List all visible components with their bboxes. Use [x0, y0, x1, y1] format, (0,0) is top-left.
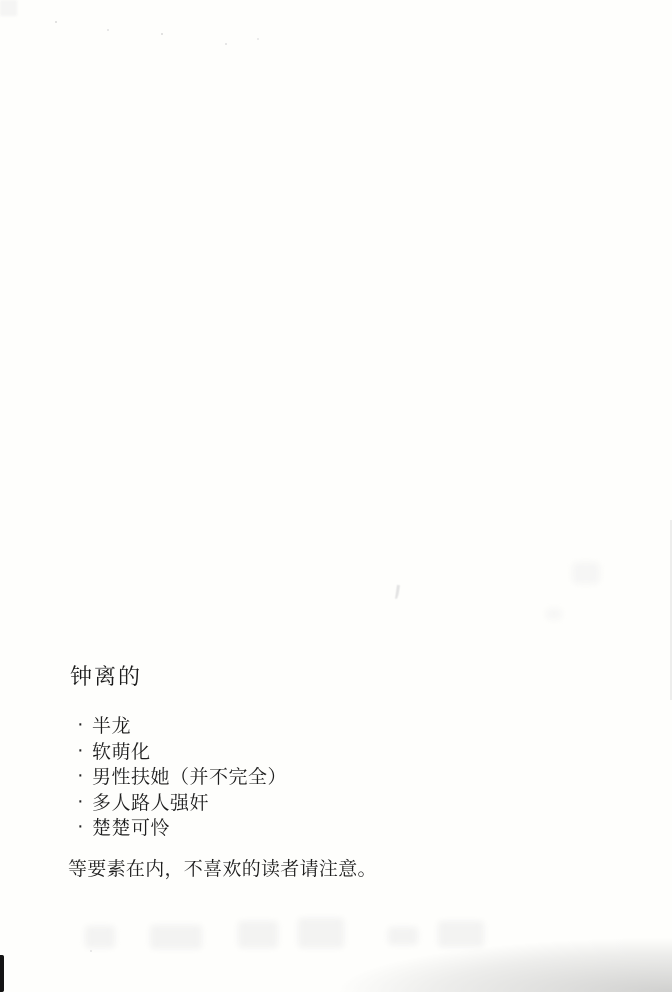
list-item-label: 男性扶她（并不完全）	[92, 762, 287, 789]
list-item: · 男性扶她（并不完全）	[77, 763, 287, 789]
page-title: 钟离的	[70, 664, 142, 690]
list-item-label: 软萌化	[92, 737, 151, 764]
bullet-dot: ·	[77, 815, 92, 838]
bullet-dot: ·	[77, 739, 92, 762]
content-warning-list: · 半龙 · 软萌化 · 男性扶她（并不完全） · 多人路人强奸 · 楚楚可怜	[77, 712, 287, 840]
list-item-label: 楚楚可怜	[92, 813, 170, 840]
list-item: · 楚楚可怜	[77, 814, 287, 840]
scanned-page: 钟离的 · 半龙 · 软萌化 · 男性扶她（并不完全） · 多人路人强奸 · 楚…	[0, 0, 672, 992]
bullet-dot: ·	[77, 790, 92, 813]
bullet-dot: ·	[77, 764, 92, 787]
list-item: · 半龙	[77, 712, 287, 738]
bullet-dot: ·	[77, 713, 92, 736]
list-item-label: 半龙	[92, 711, 131, 738]
list-item: · 软萌化	[77, 738, 287, 764]
list-item-label: 多人路人强奸	[92, 788, 209, 815]
notice-text: 等要素在内，不喜欢的读者请注意。	[68, 858, 377, 882]
content-warning-block: 钟离的 · 半龙 · 软萌化 · 男性扶她（并不完全） · 多人路人强奸 · 楚…	[0, 0, 672, 992]
list-item: · 多人路人强奸	[77, 789, 287, 815]
